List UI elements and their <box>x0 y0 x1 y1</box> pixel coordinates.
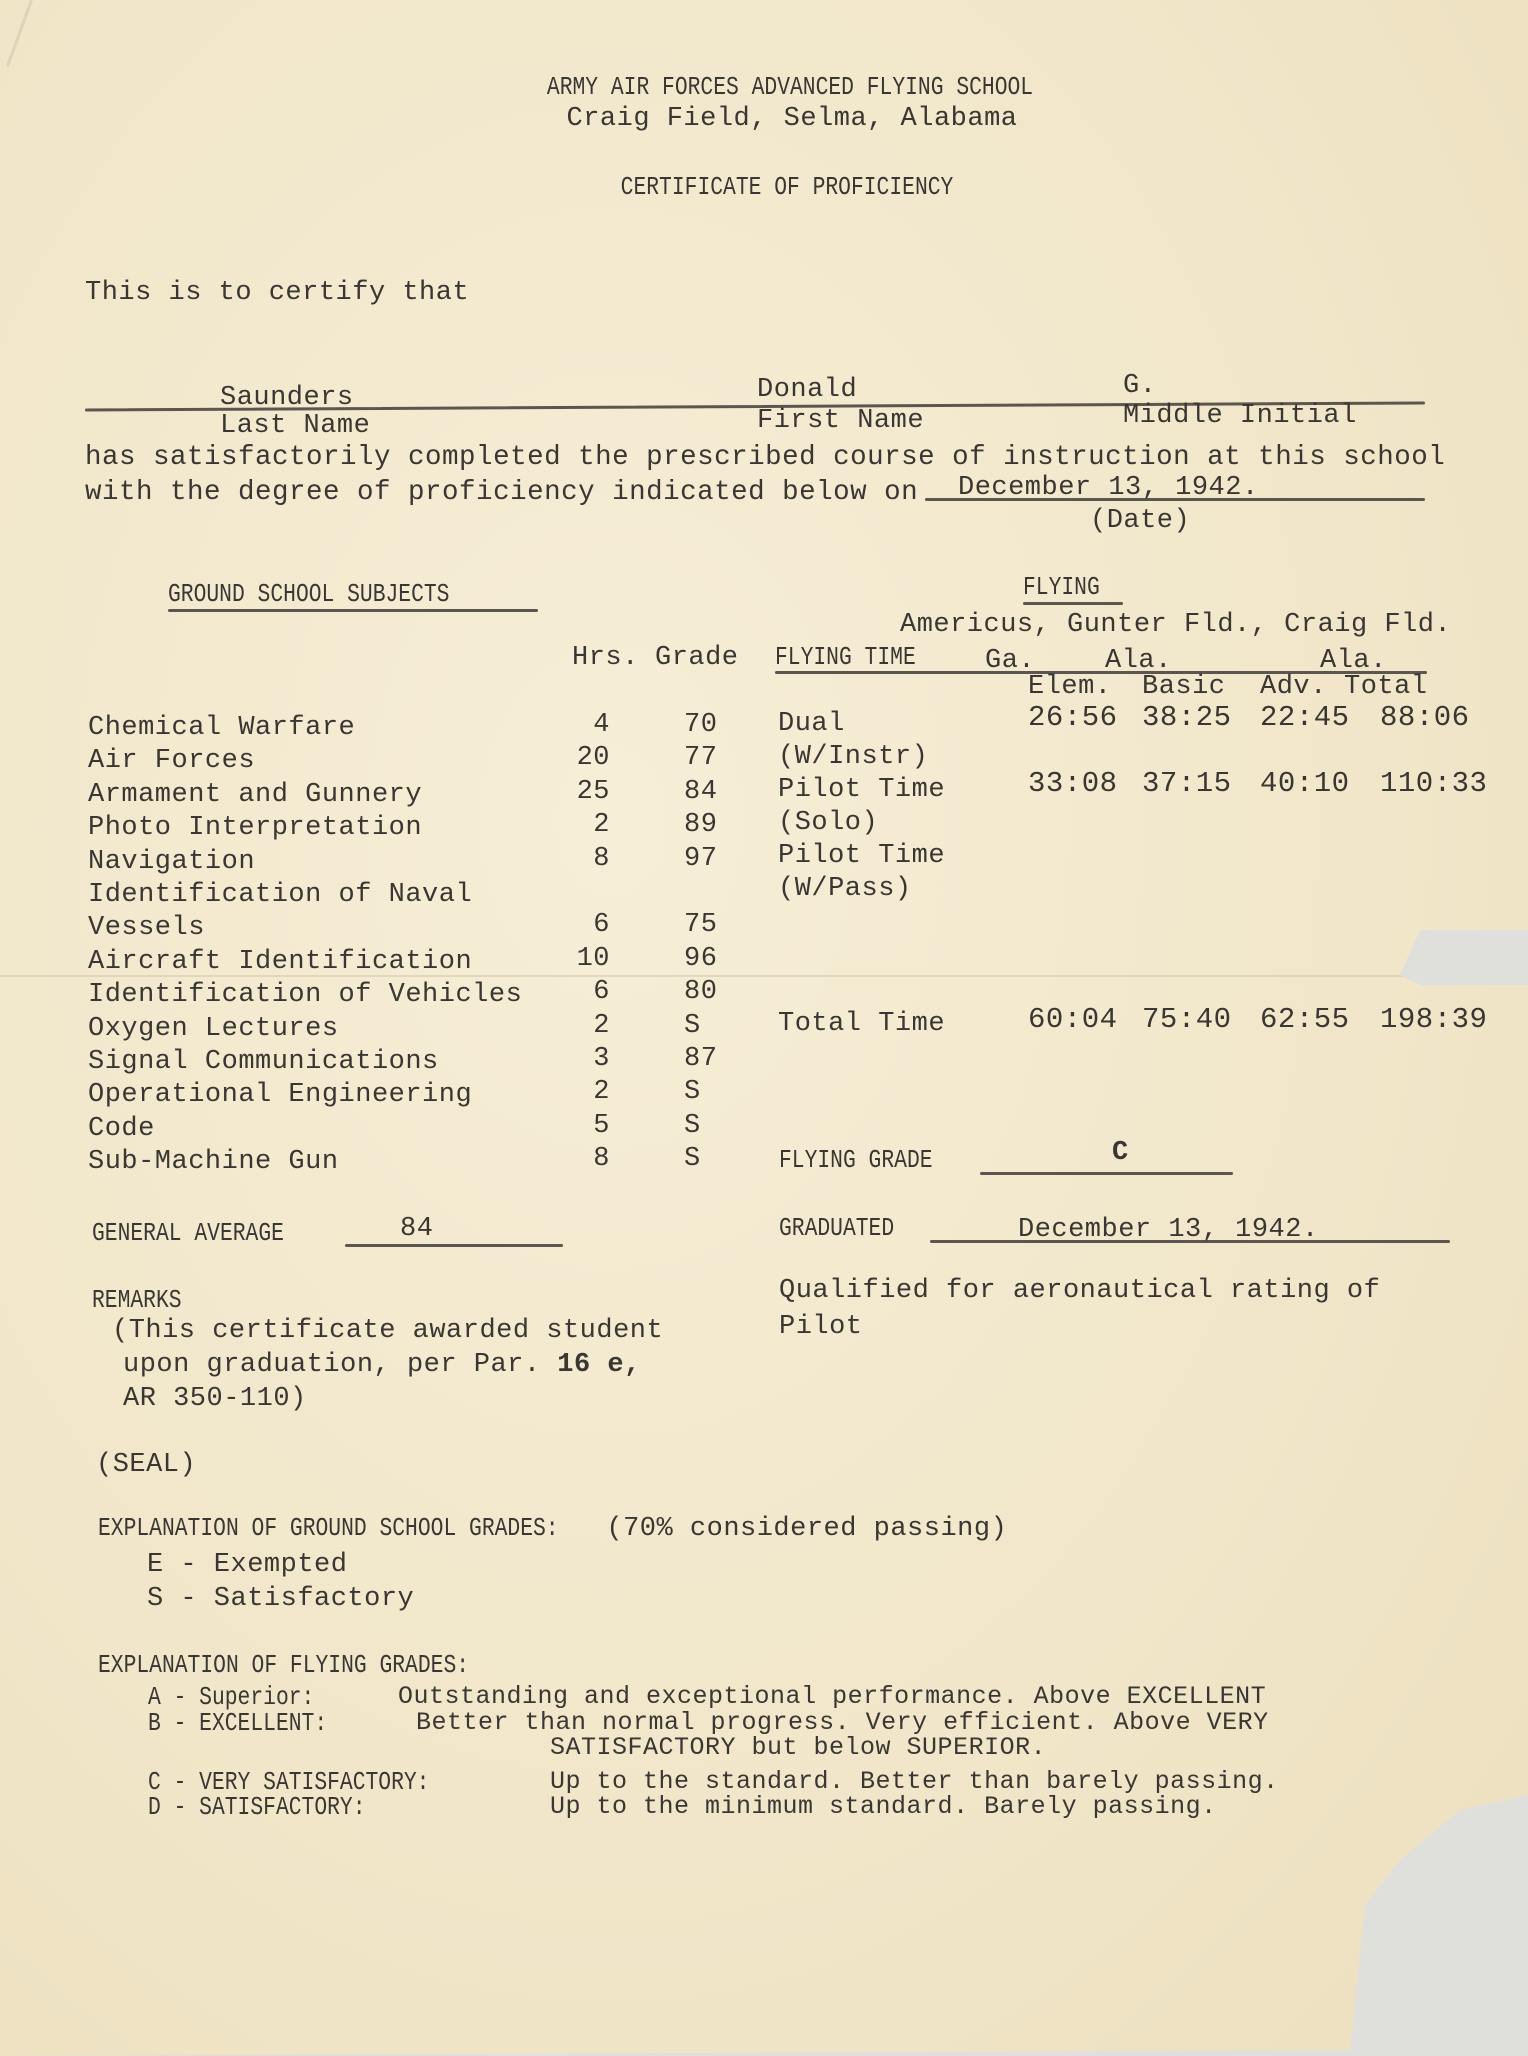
flying-time-label: FLYING TIME <box>775 644 916 670</box>
remarks-line-2-text: upon graduation, per Par. <box>123 1350 541 1380</box>
flying-grade-description: Up to the minimum standard. Barely passi… <box>550 1794 1217 1819</box>
subject-hours: 25 <box>560 779 610 806</box>
subject-hours: 6 <box>560 979 610 1006</box>
flying-time-value: 33:08 <box>1028 769 1118 798</box>
flying-row-sublabel: (Solo) <box>778 810 878 837</box>
last-name-label: Last Name <box>220 413 370 440</box>
subject-name: Armament and Gunnery <box>88 782 422 809</box>
flying-title-underline <box>1023 602 1123 605</box>
flying-grade-label: FLYING GRADE <box>779 1147 933 1173</box>
certificate-title: CERTIFICATE OF PROFICIENCY <box>621 174 954 200</box>
qualified-rating: Pilot <box>779 1314 863 1341</box>
subject-hours: 2 <box>560 1079 610 1106</box>
ground-school-title: GROUND SCHOOL SUBJECTS <box>168 581 449 607</box>
subject-grade: 97 <box>684 846 717 873</box>
subject-grade: S <box>684 1146 701 1173</box>
completion-line-1: has satisfactorily completed the prescri… <box>85 444 1445 472</box>
school-name: ARMY AIR FORCES ADVANCED FLYING SCHOOL <box>547 74 1033 100</box>
flying-time-value: 40:10 <box>1260 769 1350 798</box>
flying-row-label: Pilot Time <box>778 777 945 804</box>
subject-name: Signal Communications <box>88 1049 439 1076</box>
flying-time-value: 38:25 <box>1142 703 1232 732</box>
flying-title: FLYING <box>1023 574 1100 600</box>
flying-column-header: Elem. <box>1028 674 1112 701</box>
subject-hours: 8 <box>560 1146 610 1173</box>
subject-name: Air Forces <box>88 748 255 775</box>
flying-grade-description: Outstanding and exceptional performance.… <box>398 1684 1266 1709</box>
first-name-label: First Name <box>757 408 924 435</box>
total-time-value: 75:40 <box>1142 1005 1232 1034</box>
subject-hours: 8 <box>560 846 610 873</box>
middle-initial-value: G. <box>1123 373 1156 400</box>
graduated-underline <box>930 1240 1450 1243</box>
flying-grade-description: Up to the standard. Better than barely p… <box>550 1769 1279 1794</box>
subject-hours: 3 <box>560 1046 610 1073</box>
ground-grade-s: S - Satisfactory <box>147 1586 414 1613</box>
flying-grade-description: Better than normal progress. Very effici… <box>416 1710 1269 1735</box>
subject-grade: S <box>684 1013 701 1040</box>
date-underline <box>925 498 1425 501</box>
flying-grade-key: D - SATISFACTORY: <box>148 1794 366 1820</box>
flying-column-header: Adv. <box>1260 674 1327 701</box>
middle-initial-label: Middle Initial <box>1123 403 1357 430</box>
general-average-underline <box>345 1244 563 1247</box>
completion-line-2: with the degree of proficiency indicated… <box>85 479 918 507</box>
flying-column-header: Basic <box>1142 674 1226 701</box>
remarks-paragraph-ref: 16 e, <box>557 1350 641 1380</box>
flying-grade-description: SATISFACTORY but below SUPERIOR. <box>550 1735 1046 1760</box>
flying-grade-key: A - Superior: <box>148 1684 314 1710</box>
flying-time-value: 37:15 <box>1142 769 1232 798</box>
subject-grade: S <box>684 1113 701 1140</box>
subject-name: Chemical Warfare <box>88 715 355 742</box>
subject-grade: 84 <box>684 779 717 806</box>
first-name-value: Donald <box>757 377 857 404</box>
remarks-line-2: upon graduation, per Par. 16 e, <box>123 1352 641 1379</box>
subject-name: Vessels <box>88 915 205 942</box>
subject-grade: 96 <box>684 946 717 973</box>
flying-row-sublabel: (W/Instr) <box>778 744 928 771</box>
certificate-paper: ARMY AIR FORCES ADVANCED FLYING SCHOOL C… <box>0 0 1528 2056</box>
ground-school-title-underline <box>168 609 538 612</box>
corner-fold <box>6 0 33 67</box>
date-label: (Date) <box>1090 508 1190 535</box>
total-time-value: 198:39 <box>1380 1005 1487 1034</box>
subject-hours: 2 <box>560 1013 610 1040</box>
subject-name: Photo Interpretation <box>88 815 422 842</box>
subject-grade: 77 <box>684 745 717 772</box>
flying-grade-value: C <box>1112 1140 1129 1167</box>
graduated-label: GRADUATED <box>779 1215 894 1241</box>
subject-name: Aircraft Identification <box>88 949 472 976</box>
subject-name: Identification of Vehicles <box>88 982 522 1009</box>
ground-grades-explanation: EXPLANATION OF GROUND SCHOOL GRADES: (70… <box>98 1515 1007 1543</box>
subject-grade: 87 <box>684 1046 717 1073</box>
seal-label: (SEAL) <box>96 1452 196 1479</box>
subject-hours: 6 <box>560 912 610 939</box>
subject-grade: 70 <box>684 712 717 739</box>
grade-header: Grade <box>655 645 739 672</box>
subject-hours: 10 <box>560 946 610 973</box>
qualified-line-1: Qualified for aeronautical rating of <box>779 1278 1380 1305</box>
remarks-line-1: (This certificate awarded student <box>112 1318 663 1345</box>
total-time-label: Total Time <box>778 1011 945 1038</box>
flying-grade-key: C - VERY SATISFACTORY: <box>148 1769 429 1795</box>
subject-hours: 4 <box>560 712 610 739</box>
ground-grade-e: E - Exempted <box>147 1552 347 1579</box>
flying-time-value: 110:33 <box>1380 769 1487 798</box>
remarks-line-3: AR 350-110) <box>123 1386 307 1413</box>
flying-schools-line: Americus, Gunter Fld., Craig Fld. <box>900 612 1451 639</box>
flying-time-value: 22:45 <box>1260 703 1350 732</box>
ground-grades-explanation-title: EXPLANATION OF GROUND SCHOOL GRADES: <box>98 1515 559 1541</box>
general-average-value: 84 <box>400 1216 433 1243</box>
flying-time-value: 88:06 <box>1380 703 1470 732</box>
flying-row-sublabel: (W/Pass) <box>778 876 912 903</box>
flying-row-label: Dual <box>778 711 845 738</box>
general-average-label: GENERAL AVERAGE <box>92 1220 284 1246</box>
subject-grade: 80 <box>684 979 717 1006</box>
subject-hours: 2 <box>560 812 610 839</box>
subject-name: Operational Engineering <box>88 1082 472 1109</box>
subject-name: Oxygen Lectures <box>88 1016 339 1043</box>
subject-grade: 75 <box>684 912 717 939</box>
flying-grade-key: B - EXCELLENT: <box>148 1710 327 1736</box>
flying-row-label: Pilot Time <box>778 843 945 870</box>
subject-hours: 20 <box>560 745 610 772</box>
total-time-value: 60:04 <box>1028 1005 1118 1034</box>
subject-name: Navigation <box>88 849 255 876</box>
subject-grade: 89 <box>684 812 717 839</box>
flying-grades-explanation-title: EXPLANATION OF FLYING GRADES: <box>98 1652 469 1678</box>
ground-grades-passing-note: (70% considered passing) <box>606 1514 1007 1544</box>
total-time-value: 62:55 <box>1260 1005 1350 1034</box>
flying-grade-underline <box>980 1172 1233 1175</box>
subject-grade: S <box>684 1079 701 1106</box>
flying-column-header: Total <box>1344 674 1428 701</box>
subject-hours: 5 <box>560 1113 610 1140</box>
school-location: Craig Field, Selma, Alabama <box>567 106 1018 133</box>
subject-name: Sub-Machine Gun <box>88 1149 339 1176</box>
hrs-header: Hrs. <box>572 645 639 672</box>
remarks-label: REMARKS <box>92 1287 182 1313</box>
flying-time-value: 26:56 <box>1028 703 1118 732</box>
subject-name: Code <box>88 1116 155 1143</box>
subject-name: Identification of Naval <box>88 882 472 909</box>
intro-text: This is to certify that <box>85 280 469 307</box>
